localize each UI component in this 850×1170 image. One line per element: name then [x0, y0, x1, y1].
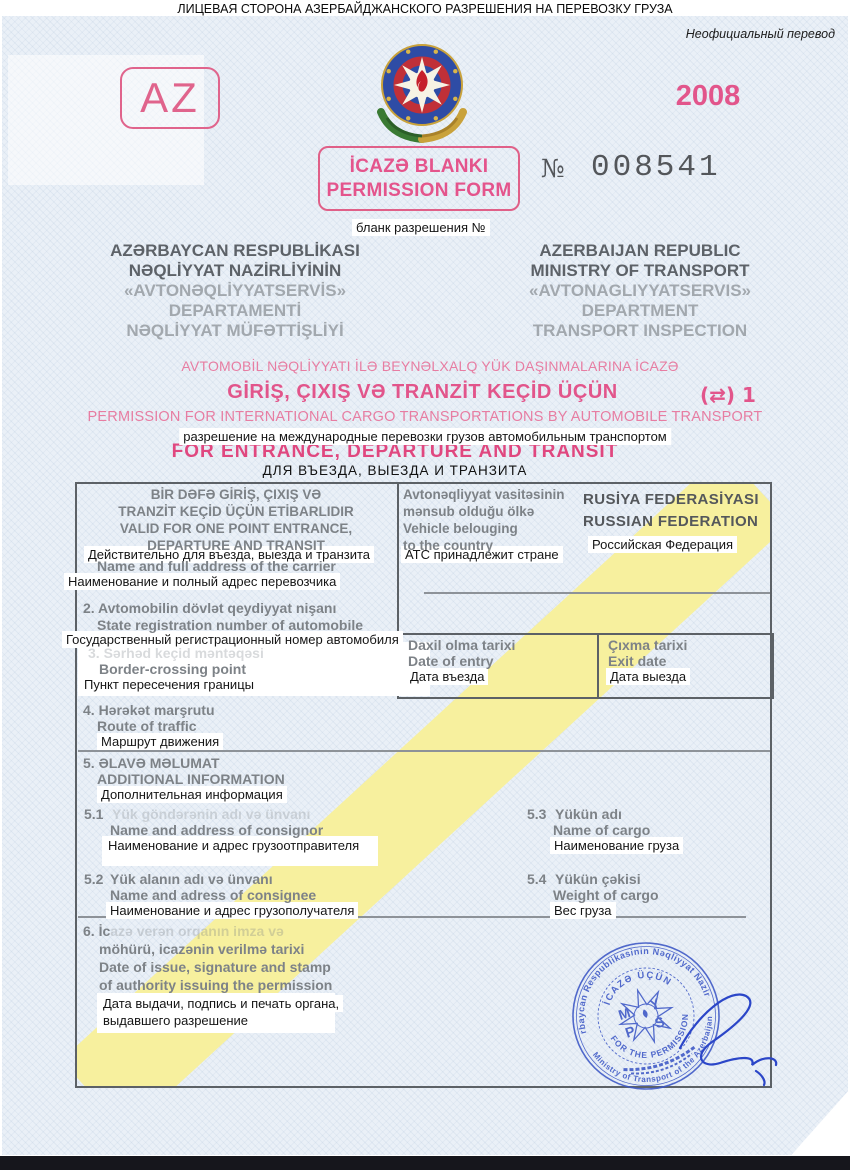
- field51-az-ghost: Yük göndərənin adı və ünvanı: [112, 806, 310, 822]
- vehicle-en-line2: to the country: [403, 537, 613, 554]
- field54-ru: Вес груза: [550, 902, 616, 919]
- field6-ru-line2: выдавшего разрешение: [99, 1012, 252, 1029]
- country-az: RUSİYA FEDERASİYASI: [583, 489, 773, 511]
- issuer-en-line5: TRANSPORT INSPECTION: [465, 321, 815, 341]
- country-code-plate: AZ: [120, 67, 220, 129]
- validity-en-line2: DEPARTURE AND TRANSIT: [77, 537, 395, 554]
- country-en: RUSSIAN FEDERATION: [583, 511, 773, 533]
- validity-az-line2: TRANZİT KEÇİD ÜÇÜN ETİBARLIDIR: [77, 503, 395, 520]
- issuer-en-line3: «AVTONAGLIYYATSERVIS»: [465, 281, 815, 301]
- issuer-az-line1: AZƏRBAYCAN RESPUBLİKASI: [55, 241, 415, 261]
- field51-num: 5.1: [84, 806, 103, 822]
- field3-az-ghost: 3. Sərhəd keçid məntəqəsi: [88, 645, 264, 661]
- field52-en: Name and adress of consignee: [110, 887, 316, 903]
- vehicle-az-line2: mənsub olduğu ölkə: [403, 503, 613, 520]
- permission-form-box: İCAZƏ BLANKI PERMISSION FORM: [318, 146, 520, 211]
- exit-az: Çıxma tarixi: [608, 637, 687, 653]
- field5-en: ADDITIONAL INFORMATION: [97, 771, 285, 787]
- issuer-block-az: AZƏRBAYCAN RESPUBLİKASI NƏQLİYYAT NAZİRL…: [55, 241, 415, 341]
- route-fill-line: [78, 750, 770, 752]
- vehicle-az-line1: Avtonəqliyyat vasitəsinin: [403, 486, 613, 503]
- issuer-az-line2: NƏQLİYYAT NAZİRLİYİNİN: [55, 261, 415, 281]
- issuer-az-line3: «AVTONƏQLİYYATSERVİS»: [55, 281, 415, 301]
- scan-bottom-strip: [0, 1156, 850, 1170]
- entry-ru: Дата въезда: [406, 668, 488, 685]
- number-sign: №: [541, 154, 565, 183]
- form-number: 008541: [591, 150, 721, 185]
- field6-az-line2: möhürü, icazənin verilmə tarixi: [99, 941, 304, 957]
- field52-az: Yük alanın adı və ünvanı: [110, 871, 273, 887]
- field5-ru: Дополнительная информация: [97, 786, 287, 803]
- field4-ru: Маршрут движения: [97, 733, 223, 750]
- issuer-az-line5: NƏQLİYYAT MÜFƏTTİŞLİYİ: [55, 321, 415, 341]
- date-cells-divider: [597, 633, 599, 697]
- field52-ru: Наименование и адрес грузополучателя: [106, 902, 358, 919]
- field53-num: 5.3: [527, 806, 546, 822]
- field54-num: 5.4: [527, 871, 546, 887]
- azerbaijan-emblem: [363, 36, 481, 150]
- field4-az: 4. Hərəkət marşrutu: [83, 702, 215, 718]
- validity-az-line1: BİR DƏFƏ GİRİŞ, ÇIXIŞ VƏ: [77, 486, 395, 503]
- form-title-az: İCAZƏ BLANKI: [350, 155, 489, 179]
- form-number-caption: бланк разрешения №: [352, 219, 490, 236]
- issuer-en-line1: AZERBAIJAN REPUBLIC: [465, 241, 815, 261]
- field2-az: 2. Avtomobilin dövlət qeydiyyat nişanı: [83, 600, 336, 616]
- permission-line-az: AVTOMOBİL NƏQLİYYATI İLƏ BEYNƏLXALQ YÜK …: [0, 358, 850, 374]
- exit-ru: Дата выезда: [606, 668, 690, 685]
- field53-ru: Наименование груза: [550, 837, 683, 854]
- year-label: 2008: [648, 80, 768, 113]
- field2-en: State registration number of automobile: [97, 617, 363, 633]
- issuer-en-line4: DEPARTMENT: [465, 301, 815, 321]
- permission-line-ru: разрешение на международные перевозки гр…: [179, 428, 671, 445]
- field6-ru-line1: Дата выдачи, подпись и печать органа,: [99, 995, 343, 1012]
- authority-stamp: Azərbaycan Respublikasinin Nəqliyyat Naz…: [558, 928, 808, 1113]
- route-marker: (⇄) 1: [700, 383, 756, 407]
- carrier-fill-line: [424, 592, 770, 594]
- field51-ru: Наименование и адрес грузоотправителя: [104, 837, 363, 854]
- form-title-en: PERMISSION FORM: [326, 179, 511, 203]
- field6-az-line1: 6. İcazə verən orqanın imza və: [83, 923, 284, 939]
- field6-az-visible: 6. İc: [83, 923, 110, 939]
- issuer-az-line4: DEPARTAMENTİ: [55, 301, 415, 321]
- field3-en: Border-crossing point: [99, 661, 246, 677]
- field6-en-line2: of authority issuing the permission: [99, 977, 332, 993]
- field6-en-line1: Date of issue, signature and stamp: [99, 959, 331, 975]
- country-value: RUSİYA FEDERASİYASI RUSSIAN FEDERATION: [583, 489, 773, 533]
- field1-ru: Наименование и полный адрес перевозчика: [64, 573, 340, 590]
- field6-az-faded: azə verən orqanın imza və: [110, 923, 284, 939]
- field53-az: Yükün adı: [555, 806, 622, 822]
- permission-title-ru: ДЛЯ ВЪЕЗДА, ВЫЕЗДА И ТРАНЗИТА: [0, 463, 790, 478]
- exit-en: Exit date: [608, 653, 666, 669]
- entry-az: Daxil olma tarixi: [408, 637, 515, 653]
- field4-en: Route of traffic: [97, 718, 197, 734]
- field51-en: Name and address of consignor: [110, 822, 323, 838]
- vehicle-country-header-cell: Avtonəqliyyat vasitəsinin mənsub olduğu …: [403, 486, 613, 554]
- validity-header-cell: BİR DƏFƏ GİRİŞ, ÇIXIŞ VƏ TRANZİT KEÇİD Ü…: [77, 486, 395, 554]
- entry-en: Date of entry: [408, 653, 494, 669]
- issuer-en-line2: MINISTRY OF TRANSPORT: [465, 261, 815, 281]
- field3-ru: Пункт пересечения границы: [80, 676, 258, 693]
- unofficial-translation-note: Неофициальный перевод: [615, 27, 835, 41]
- field5-az: 5. ƏLAVƏ MƏLUMAT: [83, 755, 220, 771]
- issuer-block-en: AZERBAIJAN REPUBLIC MINISTRY OF TRANSPOR…: [465, 241, 815, 341]
- field52-num: 5.2: [84, 871, 103, 887]
- field54-az: Yükün çəkisi: [555, 871, 641, 887]
- field1-en: Name and full address of the carrier: [97, 558, 336, 574]
- vehicle-en-line1: Vehicle belouging: [403, 520, 613, 537]
- page-title: ЛИЦЕВАЯ СТОРОНА АЗЕРБАЙДЖАНСКОГО РАЗРЕШЕ…: [0, 2, 850, 16]
- validity-en-line1: VALID FOR ONE POINT ENTRANCE,: [77, 520, 395, 537]
- field54-en: Weight of cargo: [553, 887, 659, 903]
- field53-en: Name of cargo: [553, 822, 650, 838]
- permission-line-en: PERMISSION FOR INTERNATIONAL CARGO TRANS…: [0, 409, 850, 425]
